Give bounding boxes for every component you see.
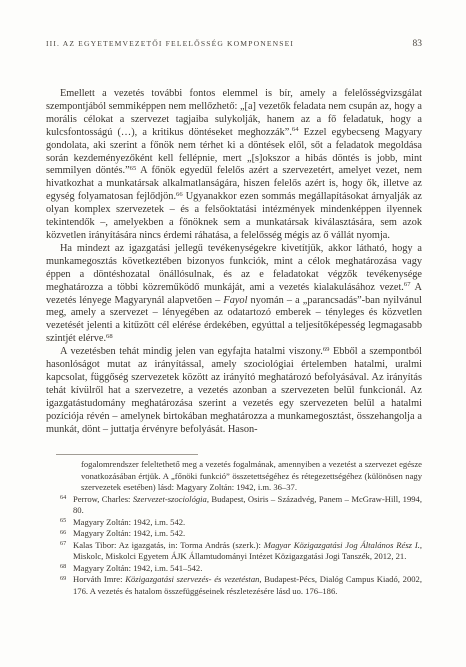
footnote-marker: 66 <box>176 191 183 198</box>
paragraph: Ha mindezt az igazgatási jellegű tevéken… <box>46 243 422 346</box>
page-number: 83 <box>413 39 423 49</box>
text-run: Ha mindezt az igazgatási jellegű tevéken… <box>46 243 422 293</box>
footnote-continuation: fogalomrendszer feleltethető meg a vezet… <box>59 459 422 494</box>
footnote-marker: 65 <box>130 165 137 172</box>
text-run: fogalomrendszer feleltethető meg a vezet… <box>81 459 422 492</box>
text-run: Magyary Zoltán: 1942, i.m. 542. <box>73 517 185 527</box>
text-run: Magyary Zoltán: 1942, i.m. 542. <box>73 528 185 538</box>
text-run: Ebből a szempontból hasonlóságot mutat a… <box>46 346 422 434</box>
footnote-number: 69 <box>60 573 66 585</box>
footnote-number: 65 <box>60 515 66 527</box>
running-header: III. AZ EGYETEMVEZETŐI FELELŐSSÉG KOMPON… <box>46 39 422 49</box>
footnote-number: 67 <box>60 538 66 550</box>
footnote-number: 64 <box>60 492 66 504</box>
chapter-title: III. AZ EGYETEMVEZETŐI FELELŐSSÉG KOMPON… <box>46 39 294 48</box>
footnote: 69Horváth Imre: Közigazgatási szervezés-… <box>59 574 422 597</box>
text-run: Perrow, Charles: <box>73 494 133 504</box>
footnote: 65Magyary Zoltán: 1942, i.m. 542. <box>59 517 422 529</box>
italic-text: Szervezet-szociológia <box>133 494 207 504</box>
text-run: Horváth Imre: <box>73 574 125 584</box>
footnote: 64Perrow, Charles: Szervezet-szociológia… <box>59 494 422 517</box>
body-text: Emellett a vezetés további fontos elemme… <box>46 88 422 436</box>
footnote-marker: 68 <box>106 333 113 340</box>
text-run: A vezetésben tehát mindig jelen van egyf… <box>60 346 323 357</box>
italic-text: Közigazgatási szervezés- és vezetéstan <box>125 574 259 584</box>
footnote-marker: 69 <box>323 346 330 353</box>
footnote-separator-rule <box>56 454 198 455</box>
footnote: 68Magyary Zoltán: 1942, i.m. 541–542. <box>59 563 422 575</box>
text-run: Kalas Tibor: Az igazgatás, in: Torma And… <box>73 540 264 550</box>
paragraph: Emellett a vezetés további fontos elemme… <box>46 88 422 243</box>
footnote-number: 68 <box>60 561 66 573</box>
footnote: 66Magyary Zoltán: 1942, i.m. 542. <box>59 528 422 540</box>
footnote-marker: 64 <box>292 126 299 133</box>
italic-text: Magyar Közigazgatási Jog Általános Rész … <box>264 540 420 550</box>
footnote: 67Kalas Tibor: Az igazgatás, in: Torma A… <box>59 540 422 563</box>
footnotes: fogalomrendszer feleltethető meg a vezet… <box>59 459 422 598</box>
footnote-marker: 67 <box>404 281 411 288</box>
paragraph: A vezetésben tehát mindig jelen van egyf… <box>46 346 422 436</box>
book-page: III. AZ EGYETEMVEZETŐI FELELŐSSÉG KOMPON… <box>0 0 466 667</box>
footnote-number: 66 <box>60 527 66 539</box>
text-run: Magyary Zoltán: 1942, i.m. 541–542. <box>73 563 202 573</box>
italic-text: Fayol <box>223 295 247 306</box>
